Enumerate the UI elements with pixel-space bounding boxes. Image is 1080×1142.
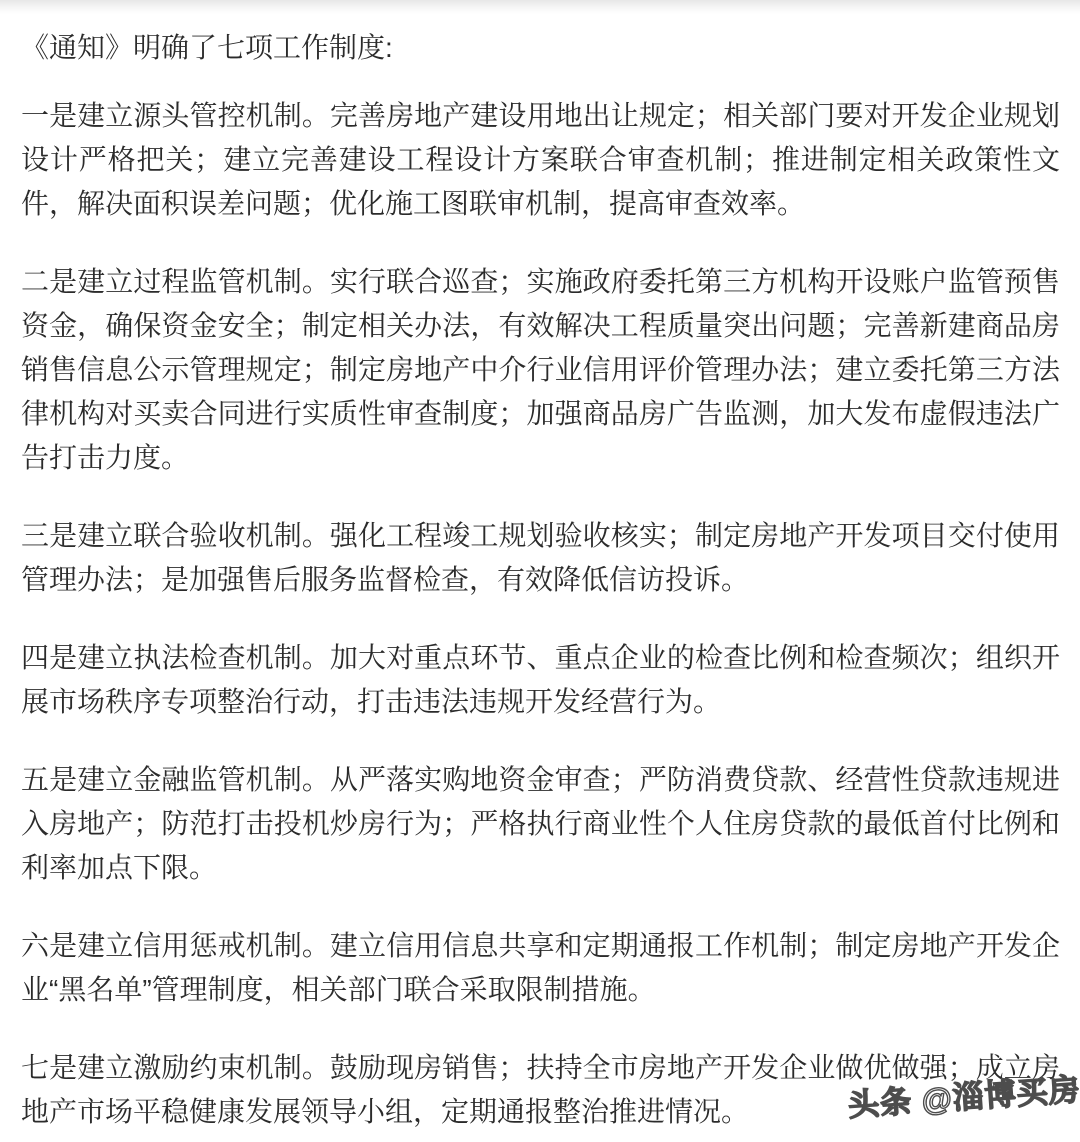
article-paragraph: 六是建立信用惩戒机制。建立信用信息共享和定期通报工作机制；制定房地产开发企业“黑… [21,924,1060,1012]
article-content: 《通知》明确了七项工作制度: 一是建立源头管控机制。完善房地产建设用地出让规定；… [0,14,1080,1134]
article-paragraph: 七是建立激励约束机制。鼓励现房销售；扶持全市房地产开发企业做优做强；成立房地产市… [21,1046,1060,1134]
article-paragraph: 三是建立联合验收机制。强化工程竣工规划验收核实；制定房地产开发项目交付使用管理办… [21,514,1060,602]
article-paragraph: 二是建立过程监管机制。实行联合巡查；实施政府委托第三方机构开设账户监管预售资金，… [21,260,1060,480]
page-top-divider [0,0,1080,14]
article-heading: 《通知》明确了七项工作制度: [21,26,1060,70]
article-body: 一是建立源头管控机制。完善房地产建设用地出让规定；相关部门要对开发企业规划设计严… [21,94,1060,1134]
article-paragraph: 四是建立执法检查机制。加大对重点环节、重点企业的检查比例和检查频次；组织开展市场… [21,636,1060,724]
article-paragraph: 五是建立金融监管机制。从严落实购地资金审查；严防消费贷款、经营性贷款违规进入房地… [21,758,1060,890]
article-page: { "page": { "background_color": "#ffffff… [0,0,1080,1142]
article-paragraph: 一是建立源头管控机制。完善房地产建设用地出让规定；相关部门要对开发企业规划设计严… [21,94,1060,226]
